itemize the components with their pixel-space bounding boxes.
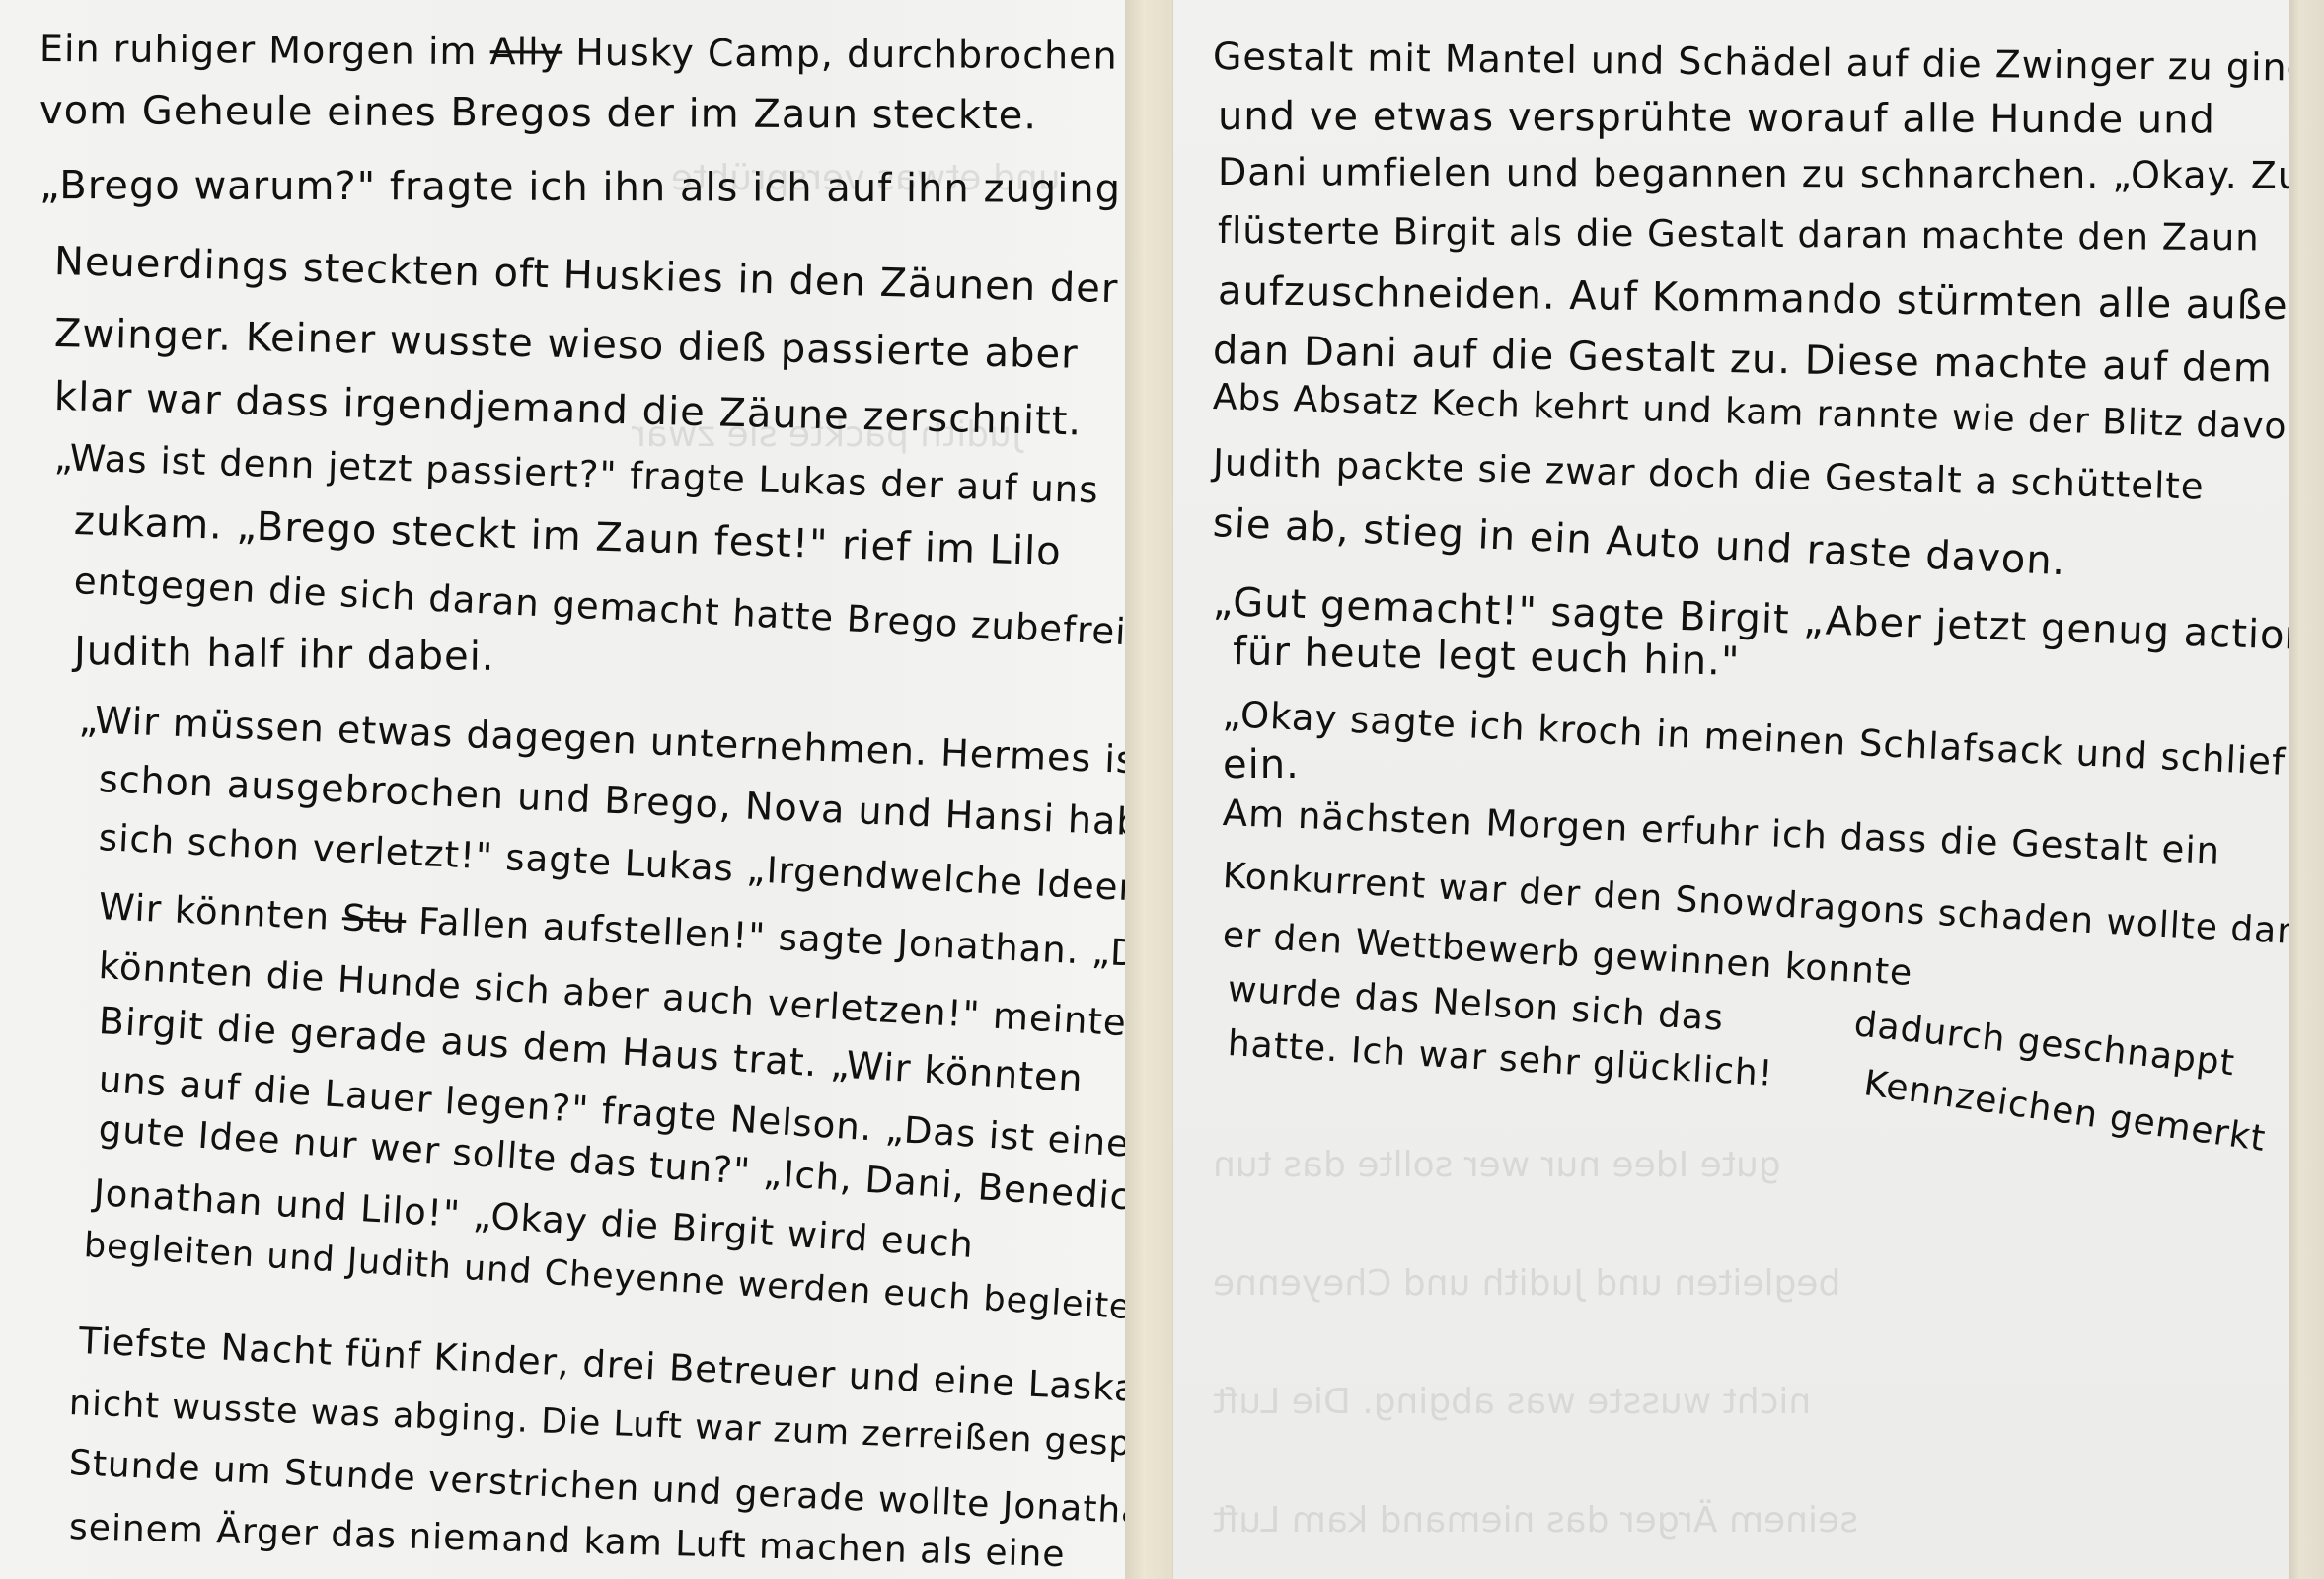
page-gutter [1125, 0, 1172, 1579]
handwritten-line: aufzuschneiden. Auf Kommando stürmten al… [1218, 271, 2305, 326]
bleed-through-text: nicht wusste was abging. Die Luft [1213, 1382, 1811, 1422]
handwritten-line: Judith half ihr dabei. [74, 632, 495, 677]
bleed-through-text: begleiten und Judith und Cheyenne [1213, 1263, 1840, 1304]
handwritten-line: vom Geheule eines Bregos der im Zaun ste… [39, 91, 1037, 135]
bleed-through-text: seinem Ärger das niemand kam Luft [1213, 1500, 1858, 1541]
handwritten-line: für heute legt euch hin." [1233, 632, 1741, 682]
handwritten-line: ein. [1223, 745, 1300, 785]
handwritten-line: Ein ruhiger Morgen im Ally Husky Camp, d… [39, 30, 1118, 75]
handwritten-line: Abs Absatz Kech kehrt und kam rannte wie… [1212, 380, 2323, 446]
left-notebook-page: und etwas versprühte Judith packte sie z… [0, 0, 1125, 1579]
handwritten-line: Neuerdings steckten oft Huskies in den Z… [53, 242, 1118, 309]
right-notebook-page: gute Idee nur wer sollte das tun begleit… [1172, 0, 2290, 1579]
handwritten-line: „Okay sagte ich kroch in meinen Schlafsa… [1222, 696, 2287, 781]
handwritten-line: Zwinger. Keiner wusste wieso dieß passie… [54, 314, 1079, 375]
handwritten-line: klar war dass irgendjemand die Zäune zer… [54, 377, 1083, 441]
handwritten-line: zukam. „Brego steckt im Zaun fest!" rief… [73, 501, 1062, 571]
handwritten-line: sie ab, stieg in ein Auto und raste davo… [1212, 503, 2066, 581]
handwritten-line: „Brego warum?" fragte ich ihn als ich au… [39, 166, 1135, 209]
handwritten-line: Judith packte sie zwar doch die Gestalt … [1213, 444, 2206, 505]
handwritten-line: Gestalt mit Mantel und Schädel auf die Z… [1213, 38, 2312, 87]
crossed-out-word: Ally [489, 30, 562, 74]
handwritten-line: dan Dani auf die Gestalt zu. Diese macht… [1213, 331, 2274, 389]
handwritten-line: und ve etwas versprühte worauf alle Hund… [1218, 97, 2215, 140]
handwritten-line: Am nächsten Morgen erfuhr ich dass die G… [1222, 794, 2220, 869]
background-edge [2289, 0, 2324, 1579]
handwritten-line: flüsterte Birgit als die Gestalt daran m… [1218, 212, 2260, 256]
crossed-out-word: Stu [341, 896, 407, 941]
bleed-through-text: gute Idee nur wer sollte das tun [1213, 1145, 1781, 1185]
handwritten-line: Dani umfielen und begannen zu schnarchen… [1218, 153, 2324, 194]
